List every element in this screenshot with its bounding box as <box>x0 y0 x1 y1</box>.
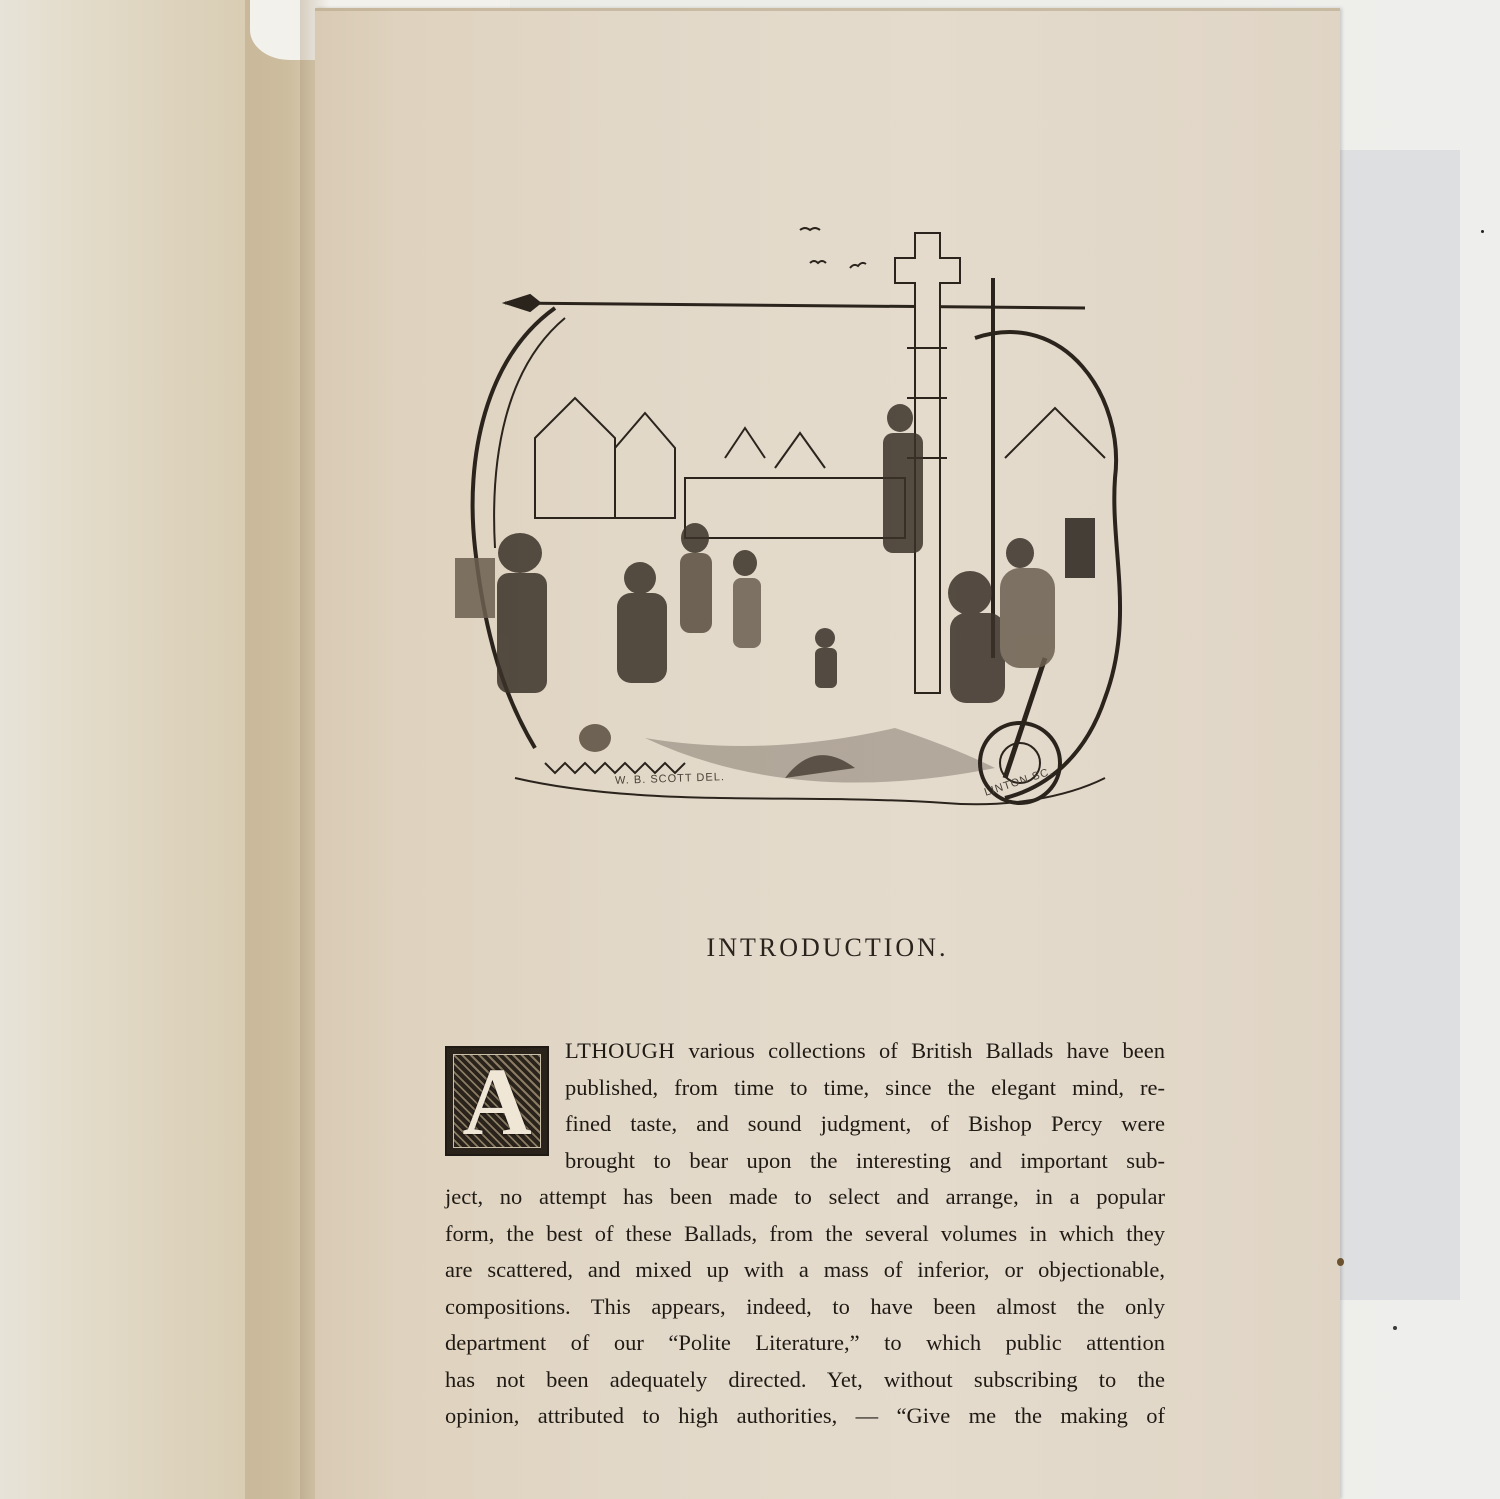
text-line: ject, no attempt has been made to select… <box>445 1179 1165 1216</box>
text-line: has not been adequately directed. Yet, w… <box>445 1362 1165 1399</box>
text-line: brought to bear upon the interesting and… <box>565 1143 1165 1180</box>
text-line: form, the best of these Ballads, from th… <box>445 1216 1165 1253</box>
right-printed-page: W. B. SCOTT DEL. LINTON SC. INTRODUCTION… <box>315 8 1340 1499</box>
text-line: compositions. This appears, indeed, to h… <box>445 1289 1165 1326</box>
page-title: INTRODUCTION. <box>315 933 1340 963</box>
shadow <box>1340 150 1460 1300</box>
line-text: various collections of British Ballads h… <box>675 1038 1165 1063</box>
text-line: department of our “Polite Literature,” t… <box>445 1325 1165 1362</box>
lead-word: LTHOUGH <box>565 1038 675 1063</box>
text-line: published, from time to time, since the … <box>565 1070 1165 1107</box>
debris-spot <box>1393 1326 1397 1330</box>
left-flyleaf-page <box>0 0 245 1499</box>
text-line: opinion, attributed to high authorities,… <box>445 1398 1165 1435</box>
text-line: are scattered, and mixed up with a mass … <box>445 1252 1165 1289</box>
text-line: fined taste, and sound judgment, of Bish… <box>565 1106 1165 1143</box>
introduction-body-text: LTHOUGH various collections of British B… <box>445 1033 1165 1435</box>
text-line: LTHOUGH various collections of British B… <box>565 1033 1165 1070</box>
ballad-singer-scene-engraving <box>445 218 1165 838</box>
debris-spot <box>1481 230 1484 233</box>
engraved-vignette-illustration: W. B. SCOTT DEL. LINTON SC. <box>445 218 1165 838</box>
foxing-spot <box>1337 1258 1344 1266</box>
page-top-edge <box>315 8 1340 11</box>
